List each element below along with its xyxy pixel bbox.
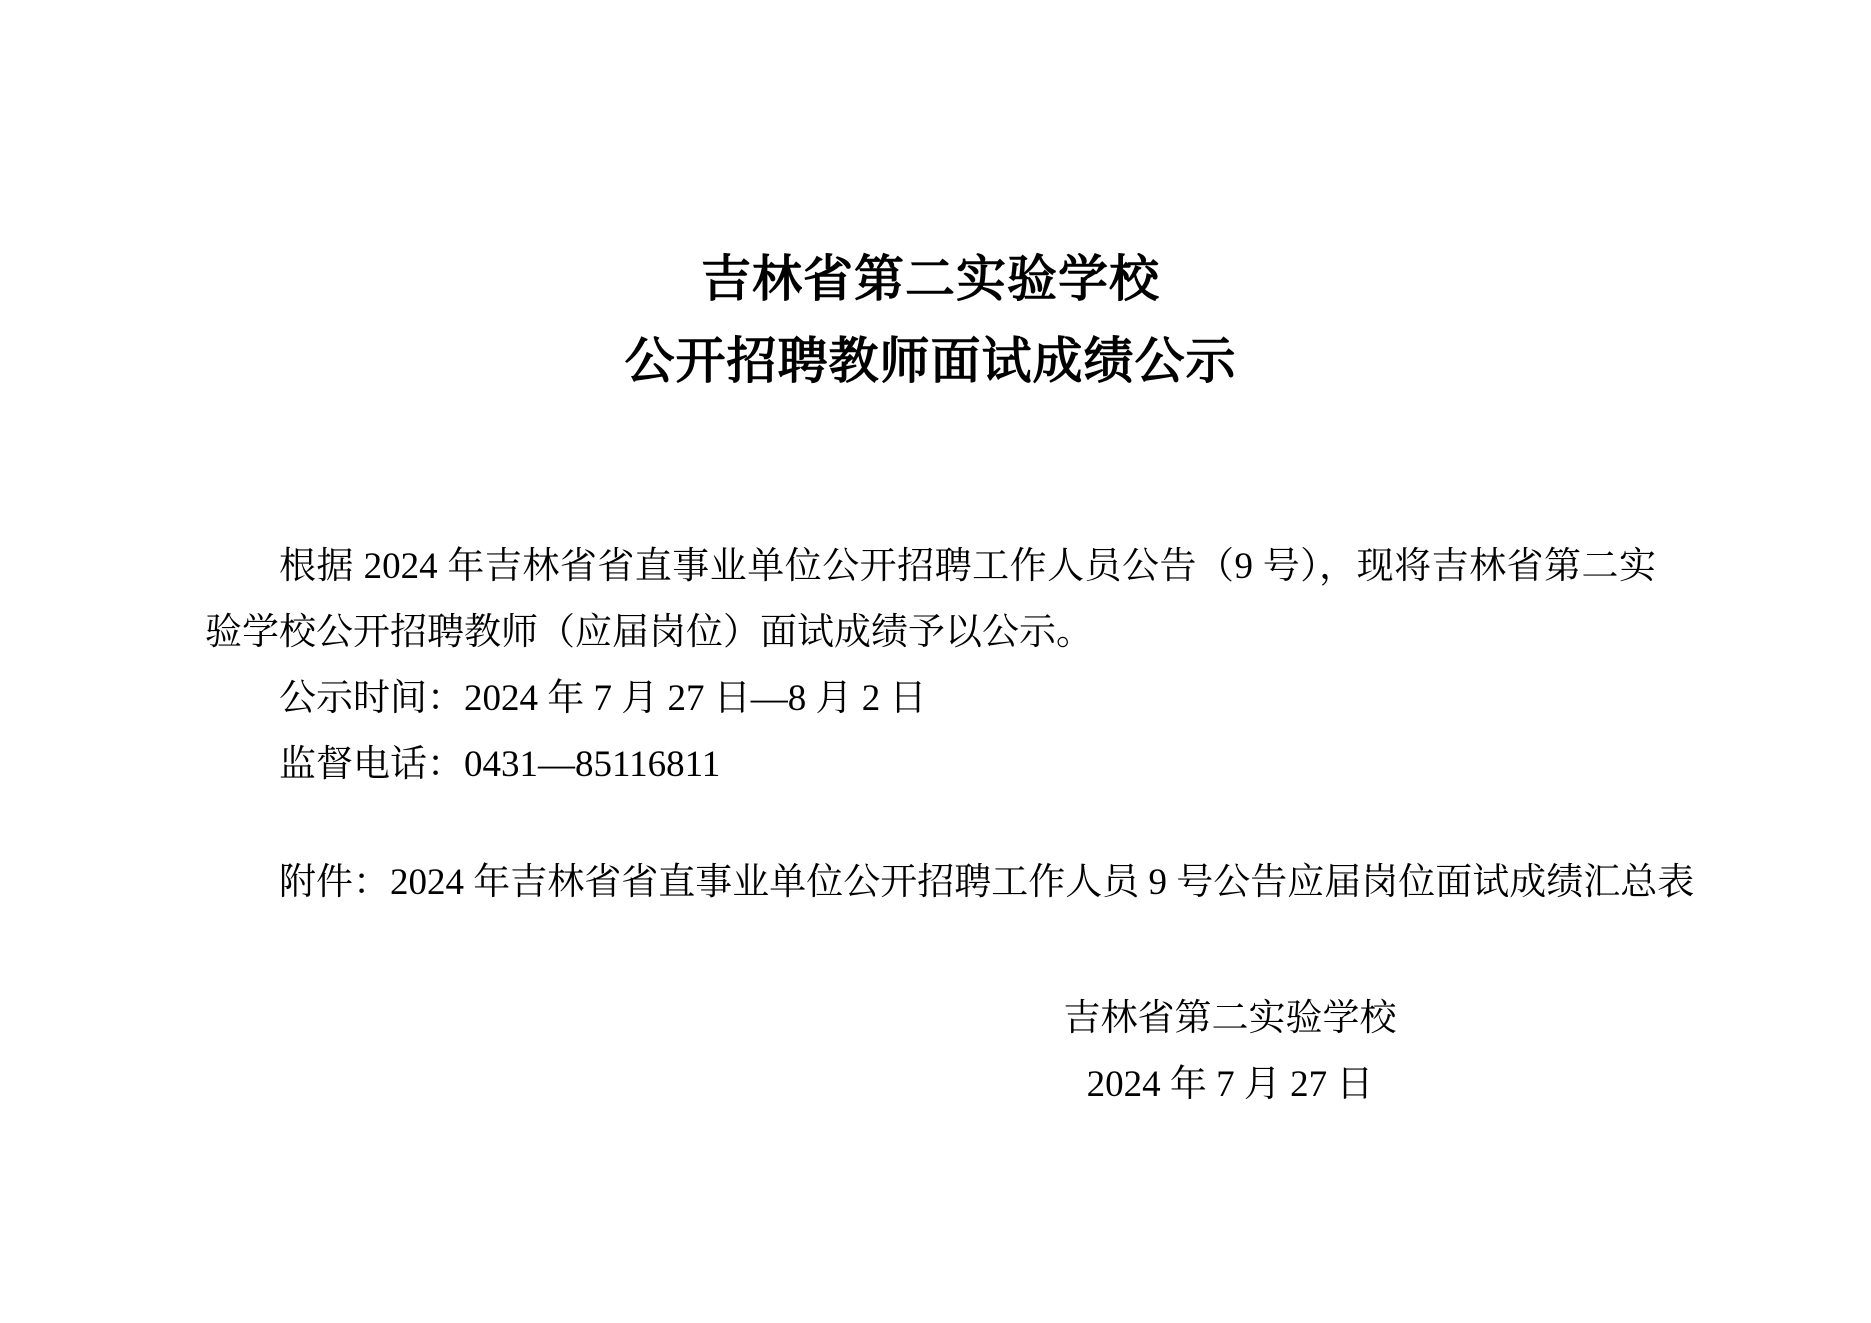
- intro-paragraph: 根据 2024 年吉林省省直事业单位公开招聘工作人员公告（9 号），现将吉林省第…: [205, 534, 1656, 666]
- document-title: 吉林省第二实验学校 公开招聘教师面试成绩公示: [205, 238, 1656, 402]
- attachment-line: 附件：2024 年吉林省省直事业单位公开招聘工作人员 9 号公告应届岗位面试成绩…: [205, 850, 1656, 916]
- title-line-1: 吉林省第二实验学校: [205, 238, 1656, 320]
- signature-date: 2024 年 7 月 27 日: [950, 1052, 1510, 1118]
- document-page: 吉林省第二实验学校 公开招聘教师面试成绩公示 根据 2024 年吉林省省直事业单…: [0, 0, 1871, 1323]
- title-line-2: 公开招聘教师面试成绩公示: [205, 320, 1656, 402]
- publicity-period-line: 公示时间：2024 年 7 月 27 日—8 月 2 日: [205, 666, 1656, 732]
- signature-org: 吉林省第二实验学校: [950, 986, 1510, 1052]
- signature-block: 吉林省第二实验学校 2024 年 7 月 27 日: [950, 986, 1510, 1118]
- supervision-phone-line: 监督电话：0431—85116811: [205, 732, 1656, 798]
- document-body: 根据 2024 年吉林省省直事业单位公开招聘工作人员公告（9 号），现将吉林省第…: [205, 534, 1656, 1118]
